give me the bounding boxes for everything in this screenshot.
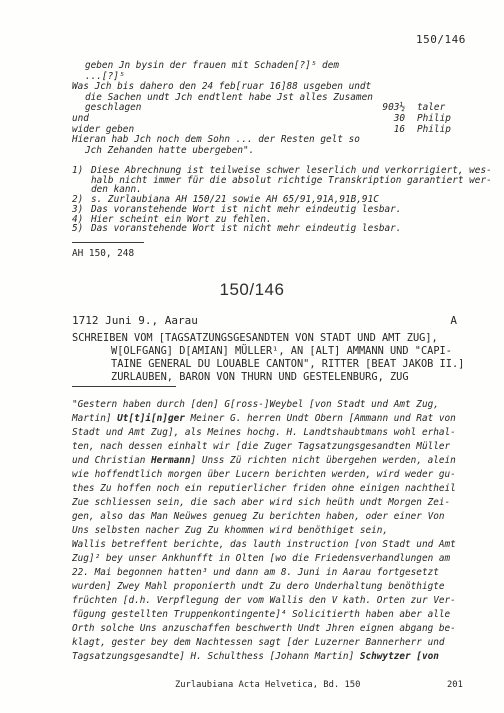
footnote-number: 1) xyxy=(72,166,91,195)
body-line: Zue schliessen sein, die sach aber wird … xyxy=(72,496,490,510)
footnotes-block: 1)Diese Abrechnung ist teilweise schwer … xyxy=(72,166,490,234)
body-line: wie hoffendtlich morgen über Lucern beri… xyxy=(72,468,490,482)
title-separator-rule xyxy=(72,386,176,387)
body-line: fügung gestellten Truppenkontingente]⁴ S… xyxy=(72,608,490,622)
title-line: ZURLAUBEN, BARON VON THURN UND GESTELENB… xyxy=(72,371,474,384)
body-line: Martin] Ut[t]i[n]ger Meiner G. herren Un… xyxy=(72,412,490,426)
footnote-text: Das voranstehende Wort ist nicht mehr ei… xyxy=(91,224,401,234)
transcription-line: Jch Zehanden hatte ubergeben". xyxy=(72,146,474,157)
body-line: gen, also das Man Neüwes genueg Zu beric… xyxy=(72,510,490,524)
date-place: 1712 Juni 9., Aarau xyxy=(72,314,198,327)
document-letter: A xyxy=(450,314,457,327)
document-body: "Gestern haben durch [den] G[ross-]Weybe… xyxy=(72,398,490,664)
emphasized-name: Ut[t]i[n]ger xyxy=(117,413,185,424)
amount-unit: Philip xyxy=(417,114,451,125)
body-line: Orth solche Uns anzuschaffen beschwerth … xyxy=(72,622,490,636)
emphasized-name: Schwytzer [von xyxy=(360,651,439,662)
transcription-text: Was Jch bis dahero den 24 feb[ruar 16]88… xyxy=(72,81,371,92)
book-page: 150/146 geben Jn bysin der frauen mit Sc… xyxy=(0,0,504,713)
body-line: Uns selbsten nacher Zug Zu khommen wird … xyxy=(72,524,490,538)
amount-value: 16 xyxy=(355,125,405,136)
title-line: SCHREIBEN VOM [TAGSATZUNGSGESANDTEN VON … xyxy=(72,332,474,345)
footnote-text: Diese Abrechnung ist teilweise schwer le… xyxy=(91,166,492,195)
previous-document-excerpt: geben Jn bysin der frauen mit Schaden[?]… xyxy=(72,61,474,156)
transcription-text: Jch Zehanden hatte ubergeben". xyxy=(72,146,254,157)
footnote-separator-rule xyxy=(72,242,144,243)
footnote: 1)Diese Abrechnung ist teilweise schwer … xyxy=(72,166,490,195)
amount-unit: Philip xyxy=(417,125,451,136)
title-line: TAINE GENERAL DU LOUABLE CANTON", RITTER… xyxy=(72,358,474,371)
body-line: und Christian Hermann] Unss Zü richten n… xyxy=(72,454,490,468)
footnote-line: halb nicht immer für die absolut richtig… xyxy=(91,176,492,186)
transcription-text: und xyxy=(72,113,89,124)
body-line: Wallis betreffent berichte, das lauth in… xyxy=(72,538,490,552)
body-line: Stadt und Amt Zug], als Meines hochg. H.… xyxy=(72,426,490,440)
date-row: 1712 Juni 9., Aarau A xyxy=(72,314,457,327)
body-line: klagt, gester bey dem Nachtessen sagt [d… xyxy=(72,636,490,650)
document-number-heading: 150/146 xyxy=(0,280,504,300)
body-line: Zug]² bey unser Ankhunfft in Olten [wo d… xyxy=(72,552,490,566)
running-head-document-number: 150/146 xyxy=(416,33,466,46)
body-line: "Gestern haben durch [den] G[ross-]Weybe… xyxy=(72,398,490,412)
archive-reference: AH 150, 248 xyxy=(72,248,134,259)
transcription-text: Hieran hab Jch noch dem Sohn ... der Res… xyxy=(72,134,360,145)
body-line: Tagsatzungsgesandte] H. Schulthess [Joha… xyxy=(72,650,490,664)
footer-imprint: Zurlaubiana Acta Helvetica, Bd. 150 xyxy=(175,680,360,690)
emphasized-name: Hermann xyxy=(151,455,191,466)
footnote-number: 5) xyxy=(72,224,91,234)
body-line: ten, nach dessen einhalt wir [die Zuger … xyxy=(72,440,490,454)
title-line: W[OLFGANG] D[AMIAN] MÜLLER¹, AN [ALT] AM… xyxy=(72,345,474,358)
amount-value: 30 xyxy=(355,114,405,125)
document-title: SCHREIBEN VOM [TAGSATZUNGSGESANDTEN VON … xyxy=(72,332,474,384)
transcription-text: geben Jn bysin der frauen mit Schaden[?]… xyxy=(72,61,339,72)
footnote: 5)Das voranstehende Wort ist nicht mehr … xyxy=(72,224,490,234)
transcription-text: wider geben xyxy=(72,124,134,135)
body-line: 22. Mai begonnen hatten³ und dann am 8. … xyxy=(72,566,490,580)
body-line: früchten [d.h. Verpflegung der vom Walli… xyxy=(72,594,490,608)
transcription-line: geben Jn bysin der frauen mit Schaden[?]… xyxy=(72,61,474,72)
body-line: thes Zu hoffen noch ein reputierlicher f… xyxy=(72,482,490,496)
footnote-line: Das voranstehende Wort ist nicht mehr ei… xyxy=(91,224,401,234)
body-line: wurden] Zwey Mahl proponierth undt Zu de… xyxy=(72,580,490,594)
footer-page-number: 201 xyxy=(447,680,463,690)
transcription-line: geschlagen903½taler xyxy=(72,103,474,114)
